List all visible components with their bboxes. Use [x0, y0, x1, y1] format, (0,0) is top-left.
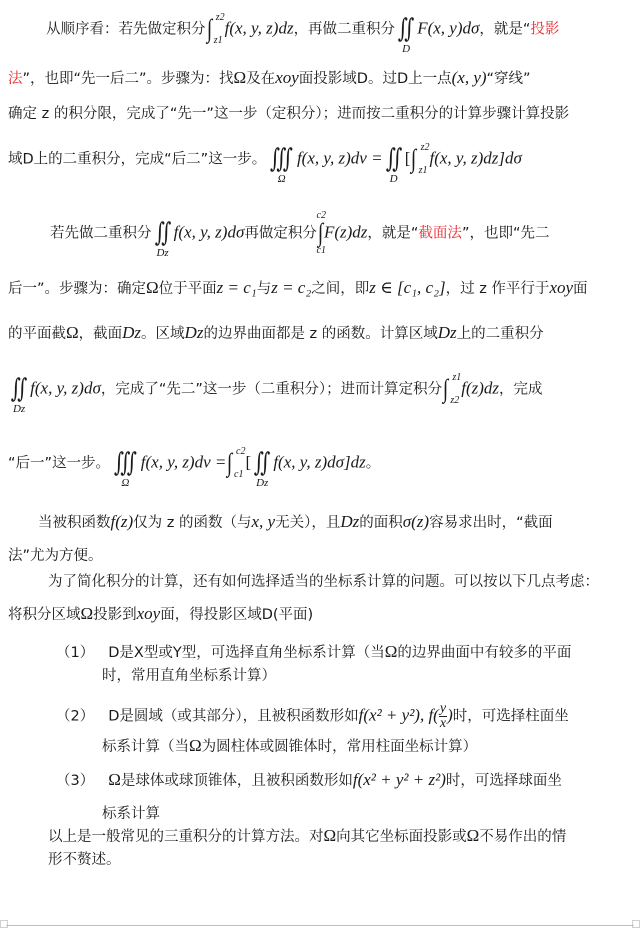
- text: 不易作出的情: [479, 829, 566, 845]
- text: 与: [257, 281, 272, 297]
- omega-symbol: Ω: [146, 278, 159, 297]
- text: 时，常用直角坐标系计算）: [102, 668, 276, 684]
- para4-line2: 将积分区域Ω投影到xoy面，得投影区域D(平面): [8, 604, 313, 625]
- para2-line3: 的平面截Ω，截面Dz。区域Dz的边界曲面都是 z 的函数。计算区域Dz上的二重积…: [8, 323, 544, 344]
- text: D是圆域（或其部分），且被积函数形如: [108, 709, 358, 725]
- page-corner-mark-right: [632, 920, 640, 928]
- text: 时，可选择柱面坐: [453, 709, 569, 725]
- text: 的平面截: [8, 326, 66, 342]
- math-dz: Dz: [438, 323, 457, 342]
- math-expr: F(z)dz: [324, 223, 367, 242]
- text: 的边界曲面都是 z 的函数。计算区域: [203, 326, 437, 342]
- text: 的边界曲面中有较多的平面: [397, 645, 571, 661]
- text: 面: [573, 281, 588, 297]
- list-number: （1）: [56, 645, 94, 661]
- omega-symbol: Ω: [385, 642, 398, 661]
- text: 上的二重积分: [457, 326, 544, 342]
- math-eq: z = c₂: [271, 278, 311, 297]
- text: 时，可选择球面坐: [446, 773, 562, 789]
- para2-line2: 后一”。步骤为：确定Ω位于平面z = c₁与z = c₂之间，即z ∈ [c₁,…: [8, 278, 588, 299]
- page-corner-mark-left: [0, 920, 8, 928]
- text: 。: [366, 456, 381, 472]
- omega-symbol: Ω: [108, 770, 121, 789]
- para3-line2: 法”尤为方便。: [8, 546, 103, 566]
- text: 若先做二重积分: [50, 226, 152, 242]
- para3-line1: 当被积函数f(z)仅为 z 的函数（与x, y无关），且Dz的面积σ(z)容易求…: [38, 512, 553, 533]
- text: 形不赘述。: [48, 852, 121, 868]
- text: 将积分区域: [8, 607, 81, 623]
- omega-symbol: Ω: [189, 736, 202, 755]
- double-integral-symbol: ∬Dz: [152, 220, 174, 247]
- text: 当被积函数: [38, 515, 111, 531]
- text: 投影到: [93, 607, 137, 623]
- math-point: (x, y): [452, 68, 487, 87]
- list-item-3-line2: 标系计算: [102, 804, 160, 824]
- text: ，再做二重积分: [294, 22, 396, 38]
- text: 容易求出时，“截面: [429, 515, 553, 531]
- text: 仅为 z 的函数（与: [133, 515, 251, 531]
- highlight-section-method: 截面法: [418, 226, 462, 242]
- integral-symbol: ∫z1z2: [442, 376, 449, 403]
- math-expr: f(x, y, z)dv =: [297, 149, 383, 168]
- integral-symbol: ∫c2c1: [317, 220, 324, 247]
- double-integral-symbol: ∬D: [395, 16, 417, 43]
- text: 为了简化积分的计算，还有如何选择适当的坐标系计算的问题。可以按以下几点考虑：: [48, 574, 599, 590]
- omega-symbol: Ω: [81, 604, 94, 623]
- text: 。区域: [141, 326, 185, 342]
- text: 位于平面: [159, 281, 217, 297]
- list-number: （2）: [56, 709, 94, 725]
- omega-symbol: Ω: [66, 323, 79, 342]
- math-xoy: xoy: [549, 278, 573, 297]
- closing-line1: 以上是一般常见的三重积分的计算方法。对Ω向其它坐标面投影或Ω不易作出的情: [48, 826, 566, 847]
- para2-line4: ∬Dzf(x, y, z)dσ，完成了“先二”这一步（二重积分）；进而计算定积分…: [8, 376, 543, 403]
- list-item-1-line1: （1）D是X型或Y型，可选择直角坐标系计算（当Ω的边界曲面中有较多的平面: [56, 642, 571, 663]
- text: ，就是“: [479, 22, 530, 38]
- math-expr: F(x, y)dσ: [417, 19, 479, 38]
- integral-symbol: ∫z2z1: [206, 16, 213, 43]
- text: 法”尤为方便。: [8, 548, 103, 564]
- text: ”，也即“先一后二”。步骤为：找: [23, 71, 234, 87]
- math-expr: f(z)dz: [461, 379, 499, 398]
- math-dz: Dz: [122, 323, 141, 342]
- para1-line2: 法”，也即“先一后二”。步骤为：找Ω及在xoy面投影域D。过D上一点(x, y)…: [8, 68, 531, 89]
- text: “后一”这一步。: [8, 456, 110, 472]
- math-expr: f(x, y, z)dz: [225, 19, 294, 38]
- double-integral-symbol: ∬D: [383, 146, 405, 173]
- text: ，就是“: [367, 226, 418, 242]
- para1-line1: 从顺序看：若先做定积分∫z2z1f(x, y, z)dz，再做二重积分∬DF(x…: [46, 16, 559, 43]
- text: ，截面: [79, 326, 123, 342]
- list-item-2-line1: （2）D是圆域（或其部分），且被积函数形如f(x² + y²), f(yx)时，…: [56, 702, 569, 731]
- page-bottom-rule: [6, 925, 634, 926]
- triple-integral-symbol: ∭Ω: [266, 146, 297, 173]
- highlight-projection-method: 投影: [530, 22, 559, 38]
- text: 标系计算: [102, 806, 160, 822]
- closing-line2: 形不赘述。: [48, 850, 121, 870]
- text: 是球体或球顶锥体，且被积函数形如: [121, 773, 353, 789]
- list-item-2-line2: 标系计算（当Ω为圆柱体或圆锥体时，常用柱面坐标计算）: [102, 736, 477, 757]
- double-integral-symbol: ∬Dz: [251, 450, 273, 477]
- list-item-1-line2: 时，常用直角坐标系计算）: [102, 666, 276, 686]
- math-xy: x, y: [252, 512, 276, 531]
- text: ，完成: [499, 382, 543, 398]
- math-expr: f(x² + y²), f(: [359, 706, 439, 725]
- text: 确定 z 的积分限，完成了“先一”这一步（定积分）；进而按二重积分的计算步骤计算…: [8, 106, 569, 122]
- list-item-3-line1: （3）Ω是球体或球顶锥体，且被积函数形如f(x² + y² + z²)时，可选择…: [56, 770, 562, 791]
- para1-line4: 域D上的二重积分，完成“后二”这一步。∭Ωf(x, y, z)dv =∬D[∫z…: [8, 146, 522, 173]
- triple-integral-symbol: ∭Ω: [110, 450, 141, 477]
- list-number: （3）: [56, 773, 94, 789]
- text: 再做定积分: [244, 226, 317, 242]
- text: “穿线”: [487, 71, 531, 87]
- omega-symbol: Ω: [467, 826, 480, 845]
- math-dz: Dz: [340, 512, 359, 531]
- text: 域D上的二重积分，完成“后二”这一步。: [8, 152, 266, 168]
- para2-line5: “后一”这一步。∭Ωf(x, y, z)dv =∫c2c1[∬Dzf(x, y,…: [8, 450, 380, 477]
- math-xoy: xoy: [275, 68, 299, 87]
- text: 标系计算（当: [102, 739, 189, 755]
- double-integral-symbol: ∬Dz: [8, 376, 30, 403]
- text: 及在: [246, 71, 275, 87]
- math-expr: f(x, y, z)dσ: [174, 223, 245, 242]
- math-xoy: xoy: [137, 604, 161, 623]
- math-expr: f(x, y, z)dσ: [30, 379, 101, 398]
- math-fz: f(z): [111, 512, 134, 531]
- text: 无关），且: [275, 515, 340, 531]
- text: 从顺序看：若先做定积分: [46, 22, 206, 38]
- math-eq: z = c₁: [217, 278, 257, 297]
- math-dz: Dz: [185, 323, 204, 342]
- text: 以上是一般常见的三重积分的计算方法。对: [48, 829, 324, 845]
- para2-line1: 若先做二重积分∬Dzf(x, y, z)dσ再做定积分∫c2c1F(z)dz，就…: [50, 220, 549, 247]
- omega-symbol: Ω: [234, 68, 247, 87]
- para4-line1: 为了简化积分的计算，还有如何选择适当的坐标系计算的问题。可以按以下几点考虑：: [48, 572, 599, 592]
- highlight-projection-method-cont: 法: [8, 71, 23, 87]
- omega-symbol: Ω: [324, 826, 337, 845]
- text: 之间，即: [311, 281, 369, 297]
- text: ，过 z 作平行于: [446, 281, 550, 297]
- text: 后一”。步骤为：确定: [8, 281, 146, 297]
- para1-line3: 确定 z 的积分限，完成了“先一”这一步（定积分）；进而按二重积分的计算步骤计算…: [8, 104, 569, 124]
- text: ”，也即“先二: [462, 226, 550, 242]
- math-expr: f(x, y, z)dz]dσ: [429, 149, 521, 168]
- text: D是X型或Y型，可选择直角坐标系计算（当: [108, 645, 384, 661]
- integral-symbol: ∫c2c1: [226, 450, 233, 477]
- text: 面投影域D。过D上一点: [299, 71, 452, 87]
- math-expr: f(x, y, z)dσ]dz: [273, 453, 365, 472]
- text: 为圆柱体或圆锥体时，常用柱面坐标计算）: [202, 739, 478, 755]
- text: 向其它坐标面投影或: [336, 829, 467, 845]
- text: ，完成了“先二”这一步（二重积分）；进而计算定积分: [101, 382, 442, 398]
- math-range: z ∈ [c₁, c₂]: [369, 278, 445, 297]
- text: 面，得投影区域D(平面): [160, 607, 313, 623]
- integral-symbol: ∫z2z1: [410, 146, 417, 173]
- math-expr: f(x, y, z)dv =: [141, 453, 227, 472]
- math-fraction: yx: [439, 702, 447, 731]
- text: 的面积: [359, 515, 403, 531]
- math-expr: f(x² + y² + z²): [353, 770, 446, 789]
- math-sigma: σ(z): [403, 512, 429, 531]
